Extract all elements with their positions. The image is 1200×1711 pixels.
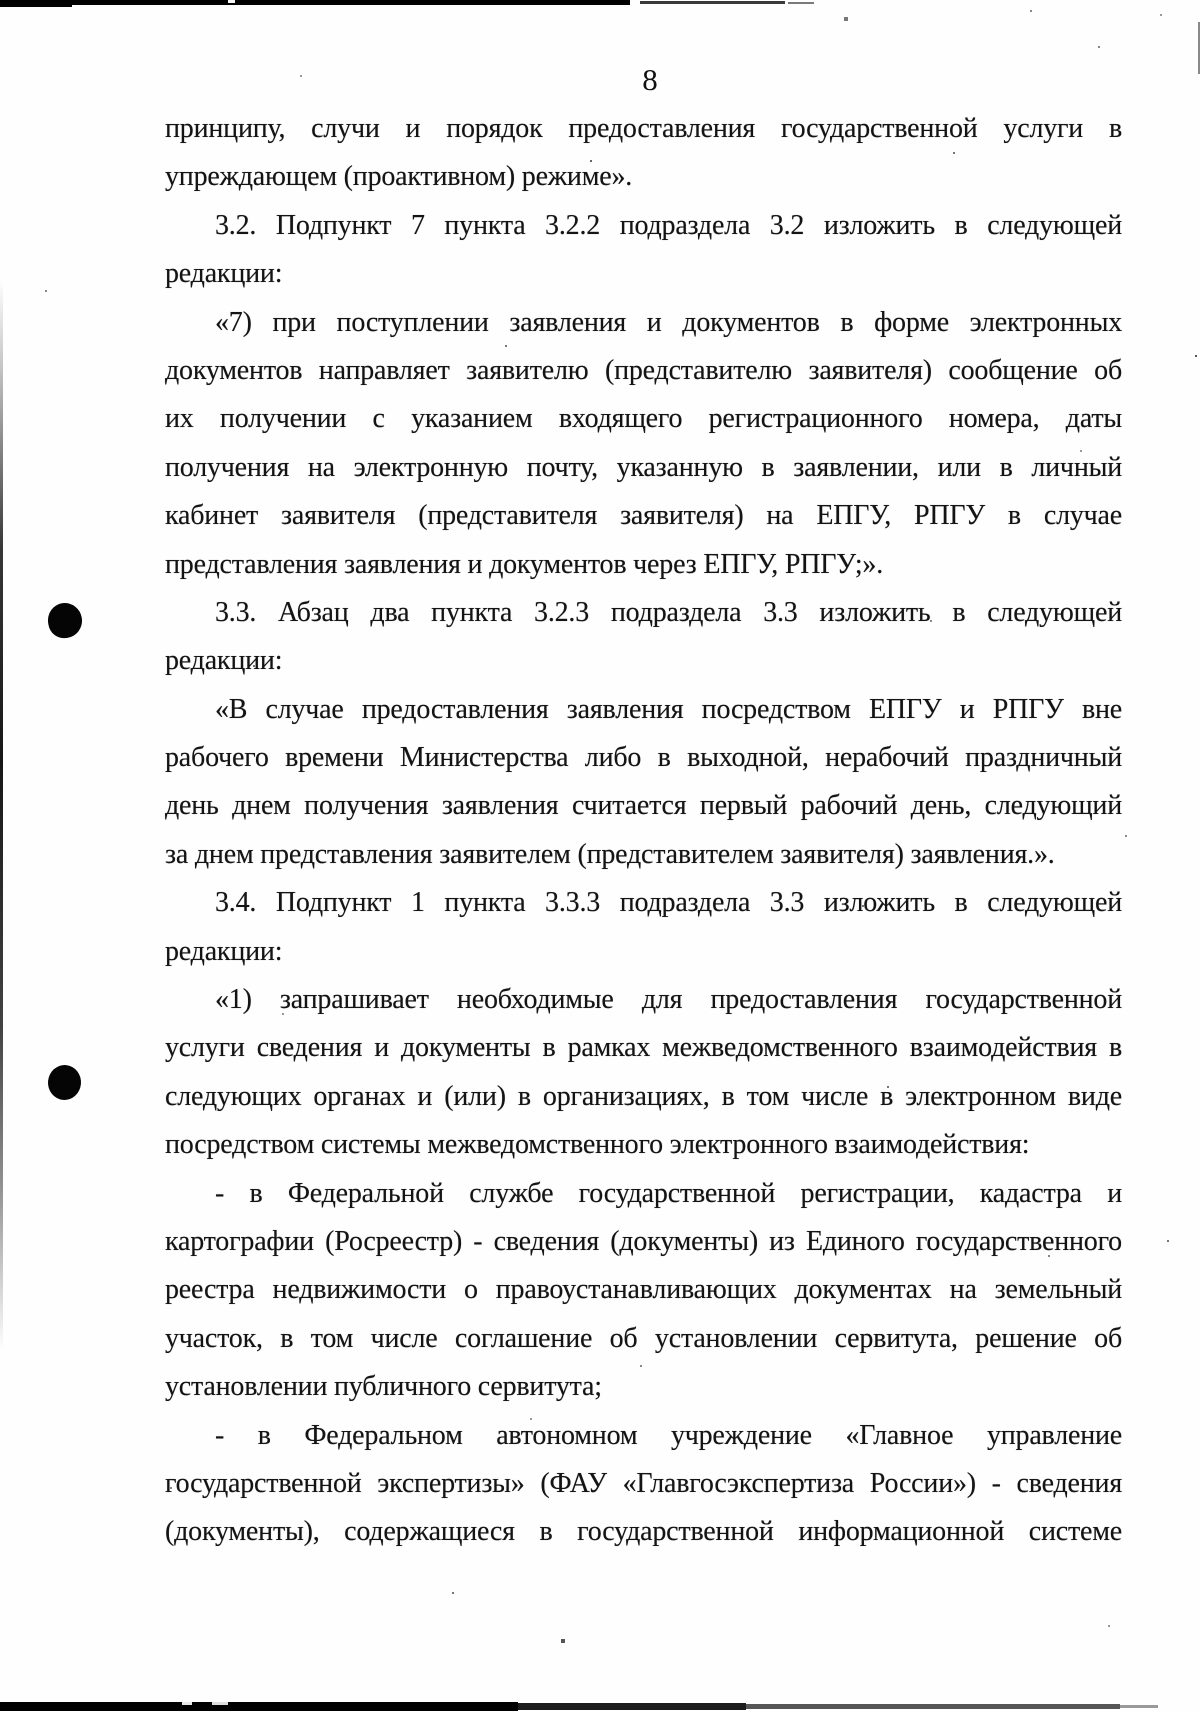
scan-edge-bar-bottom-notch — [212, 1702, 228, 1705]
scan-edge-bar-bottom — [0, 1702, 518, 1711]
text-line: - в Федеральной службе государственной р… — [165, 1170, 1122, 1218]
scan-edge-bar-top-gray — [640, 1, 785, 4]
text-line: - в Федеральном автономном учреждение «Г… — [165, 1412, 1122, 1460]
scan-edge-bar-top-faint — [788, 2, 814, 4]
text-line: рабочего времени Министерства либо в вых… — [165, 734, 1122, 782]
text-line: участок, в том числе соглашение об устан… — [165, 1315, 1122, 1363]
text-line: документов направляет заявителю (предста… — [165, 347, 1122, 395]
page-number: 8 — [560, 62, 740, 98]
scan-edge-bar-bottom-dark — [518, 1703, 746, 1710]
text-line: посредством системы межведомственного эл… — [165, 1121, 1122, 1169]
text-line: установлении публичного сервитута; — [165, 1363, 1122, 1411]
text-line: редакции: — [165, 928, 1122, 976]
document-body: принципу, случи и порядок предоставления… — [165, 105, 1122, 1557]
hole-punch-mark — [46, 601, 85, 640]
scan-edge-bar-bottom-faint — [1120, 1705, 1158, 1708]
text-line: следующих органах и (или) в организациях… — [165, 1073, 1122, 1121]
text-line: их получении с указанием входящего регис… — [165, 395, 1122, 443]
text-line: реестра недвижимости о правоустанавливаю… — [165, 1266, 1122, 1314]
text-line: 3.2. Подпункт 7 пункта 3.2.2 подраздела … — [165, 202, 1122, 250]
text-line: упреждающем (проактивном) режиме». — [165, 153, 1122, 201]
text-line: «1) запрашивает необходимые для предоста… — [165, 976, 1122, 1024]
text-line: 3.4. Подпункт 1 пункта 3.3.3 подраздела … — [165, 879, 1122, 927]
scan-edge-bar-top-notch — [228, 0, 235, 3]
text-line: 3.3. Абзац два пункта 3.2.3 подраздела 3… — [165, 589, 1122, 637]
scan-edge-bar-top-left — [0, 0, 72, 7]
text-line: редакции: — [165, 250, 1122, 298]
text-line: день днем получения заявления считается … — [165, 782, 1122, 830]
text-line: принципу, случи и порядок предоставления… — [165, 105, 1122, 153]
text-line: «7) при поступлении заявления и документ… — [165, 299, 1122, 347]
text-line: кабинет заявителя (представителя заявите… — [165, 492, 1122, 540]
text-line: услуги сведения и документы в рамках меж… — [165, 1024, 1122, 1072]
hole-punch-mark — [47, 1064, 83, 1102]
text-line: редакции: — [165, 637, 1122, 685]
text-line: (документы), содержащиеся в государствен… — [165, 1508, 1122, 1556]
text-line: за днем представления заявителем (предст… — [165, 831, 1122, 879]
text-line: представления заявления и документов чер… — [165, 541, 1122, 589]
scan-noise-speckles — [0, 0, 2, 2]
text-line: получения на электронную почту, указанну… — [165, 444, 1122, 492]
text-line: государственной экспертизы» (ФАУ «Главго… — [165, 1460, 1122, 1508]
scanned-document-page: 8 принципу, случи и порядок предоставлен… — [0, 0, 1200, 1711]
scan-edge-line-left — [0, 280, 3, 1350]
scan-edge-bar-bottom-gray — [746, 1704, 1120, 1709]
scan-edge-bar-top — [0, 0, 630, 5]
text-line: картографии (Росреестр) - сведения (доку… — [165, 1218, 1122, 1266]
scan-edge-bar-bottom-notch — [182, 1702, 192, 1705]
text-line: «В случае предоставления заявления посре… — [165, 686, 1122, 734]
